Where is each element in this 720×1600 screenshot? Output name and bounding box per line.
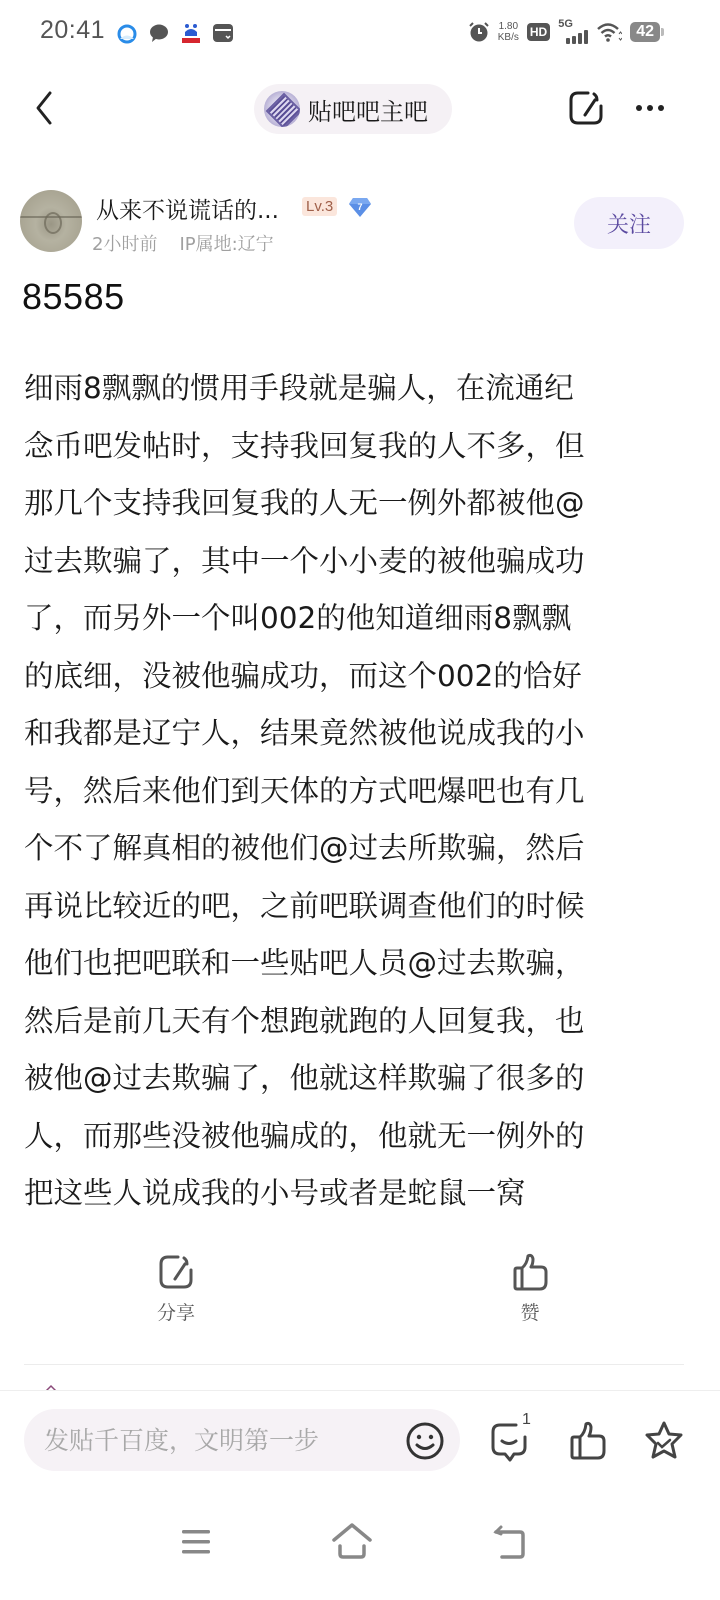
like-button[interactable]: 赞 (470, 1252, 590, 1325)
post-body-line: 和我都是辽宁人，结果竟然被他说成我的小 (24, 705, 688, 763)
divider (24, 1364, 684, 1365)
post-time: 2小时前 (92, 230, 157, 256)
follow-button[interactable]: 关注 (574, 197, 684, 249)
post-body-line: 细雨8飘飘的惯用手段就是骗人，在流通纪 (24, 360, 688, 418)
system-status-icons: 1.80 KB/s HD 5G 42 (468, 20, 660, 44)
post-body: 细雨8飘飘的惯用手段就是骗人，在流通纪 念币吧发帖时，支持我回复我的人不多，但 … (24, 360, 688, 1223)
network-speed: 1.80 KB/s (498, 21, 519, 43)
hd-icon: HD (527, 23, 550, 41)
status-time: 20:41 (40, 16, 105, 45)
back-button[interactable] (26, 86, 62, 130)
post-body-line: 被他@过去欺骗了，他就这样欺骗了很多的 (24, 1050, 688, 1108)
reply-input[interactable] (24, 1409, 460, 1471)
post-body-line: 然后是前几天有个想跑就跑的人回复我，也 (24, 993, 688, 1051)
thumbs-up-icon (510, 1252, 550, 1292)
post-body-line: 人，而那些没被他骗成的，他就无一例外的 (24, 1108, 688, 1166)
baidu-icon (180, 22, 202, 44)
chat-bubble-icon (148, 22, 170, 44)
dot-icon (636, 105, 642, 111)
favorite-star-icon[interactable] (642, 1419, 686, 1463)
back-nav-icon[interactable] (488, 1520, 532, 1564)
comment-count: 1 (522, 1411, 531, 1429)
thumbs-up-icon[interactable] (566, 1419, 610, 1463)
cellular-signal-icon: 5G (558, 20, 588, 44)
post-body-line: 了，而另外一个叫002的他知道细雨8飘飘 (24, 590, 688, 648)
post-author: 从来不说谎话的... Lv.3 7 2小时前 IP属地:辽宁 关注 (0, 188, 720, 258)
back-arrow-icon (32, 90, 56, 126)
forum-link[interactable]: 贴吧吧主吧 (254, 84, 452, 134)
share-icon (156, 1252, 196, 1292)
post-body-line: 号，然后来他们到天体的方式吧爆吧也有几 (24, 763, 688, 821)
svg-text:7: 7 (357, 202, 362, 212)
level-badge: Lv.3 (302, 197, 337, 216)
post-title: 85585 (22, 276, 125, 318)
system-navigation-bar (0, 1500, 720, 1600)
post-body-line: 把这些人说成我的小号或者是蛇鼠一窝 (24, 1165, 688, 1223)
top-nav-bar: 贴吧吧主吧 (0, 70, 720, 148)
battery-icon: 42 (630, 22, 660, 42)
ip-location: IP属地:辽宁 (179, 230, 273, 256)
browser-icon (116, 22, 138, 44)
diamond-icon: 7 (348, 196, 372, 218)
share-icon[interactable] (566, 88, 606, 128)
more-options-button[interactable] (630, 88, 670, 128)
post-actions: 分享 赞 (0, 1252, 720, 1342)
notification-icons (116, 22, 234, 44)
home-icon[interactable] (330, 1520, 374, 1564)
share-button[interactable]: 分享 (116, 1252, 236, 1325)
status-bar: 20:41 1.80 KB/s HD (0, 0, 720, 66)
reply-bar: 1 (0, 1390, 720, 1490)
post-body-line: 的底细，没被他骗成功，而这个002的恰好 (24, 648, 688, 706)
alarm-icon (468, 21, 490, 43)
emoji-icon[interactable] (403, 1419, 447, 1463)
like-label: 赞 (520, 1298, 539, 1325)
post-body-line: 念币吧发帖时，支持我回复我的人不多，但 (24, 418, 688, 476)
recent-apps-icon[interactable] (174, 1520, 218, 1564)
post-body-line: 那几个支持我回复我的人无一例外都被他@ (24, 475, 688, 533)
wifi-icon (596, 21, 622, 43)
post-meta: 2小时前 IP属地:辽宁 (92, 230, 274, 256)
avatar[interactable] (20, 190, 82, 252)
dot-icon (658, 105, 664, 111)
post-body-line: 过去欺骗了，其中一个小小麦的被他骗成功 (24, 533, 688, 591)
post-body-line: 个不了解真相的被他们@过去所欺骗，然后 (24, 820, 688, 878)
post-body-line: 他们也把吧联和一些贴吧人员@过去欺骗， (24, 935, 688, 993)
post-body-line: 再说比较近的吧，之前吧联调查他们的时候 (24, 878, 688, 936)
dot-icon (647, 105, 653, 111)
author-name[interactable]: 从来不说谎话的... (96, 192, 279, 225)
forum-name: 贴吧吧主吧 (308, 92, 428, 127)
forum-logo-icon (264, 91, 300, 127)
wallet-card-icon (212, 22, 234, 44)
share-label: 分享 (157, 1298, 195, 1325)
